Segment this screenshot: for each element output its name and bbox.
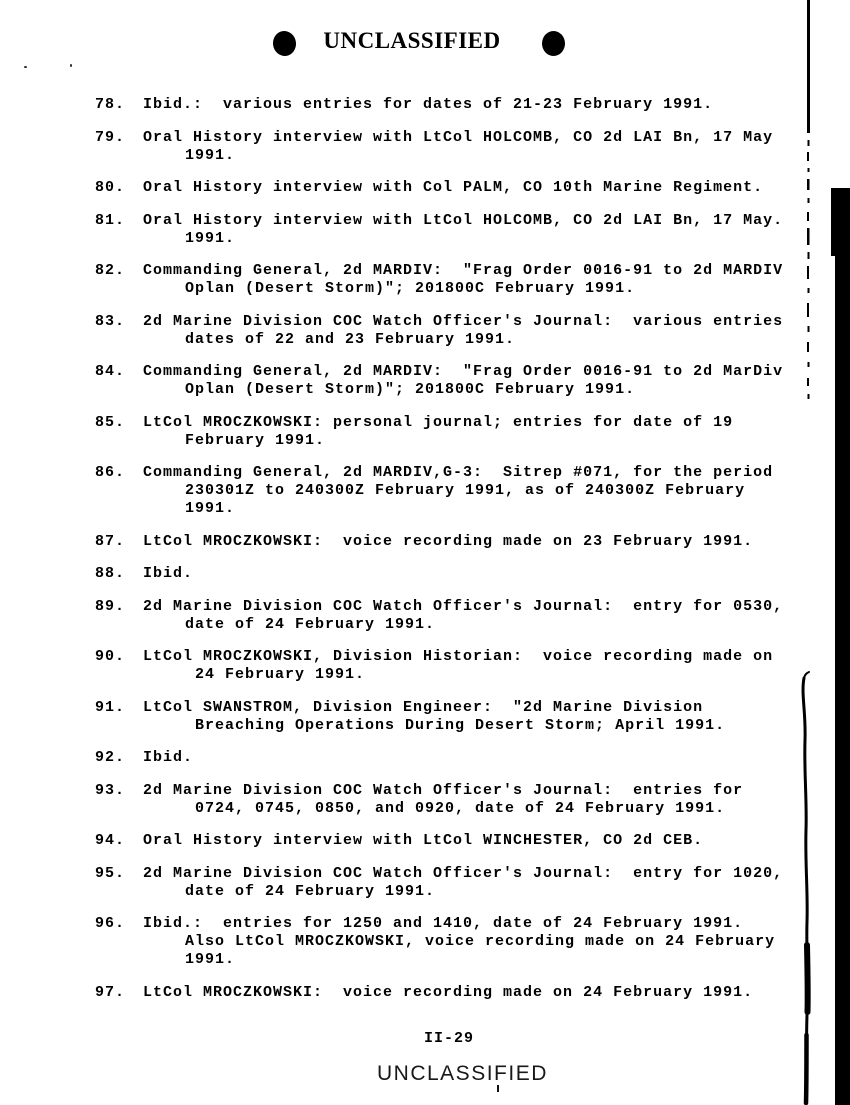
endnote-entry: 95. 2d Marine Division COC Watch Officer… <box>95 865 807 901</box>
endnote-number: 78. <box>95 96 143 114</box>
endnote-entry: 85. LtCol MROCZKOWSKI: personal journal;… <box>95 414 807 450</box>
endnote-number: 90. <box>95 648 143 684</box>
classification-footer: UNCLASSIFIED <box>377 1062 548 1086</box>
endnote-text: LtCol MROCZKOWSKI, Division Historian: v… <box>143 648 807 684</box>
endnote-entry: 82. Commanding General, 2d MARDIV: "Frag… <box>95 262 807 298</box>
endnote-line: 230301Z to 240300Z February 1991, as of … <box>143 482 807 500</box>
endnote-line: 24 February 1991. <box>143 666 807 684</box>
scan-crease-line-bottom <box>803 672 809 1105</box>
endnote-line: Breaching Operations During Desert Storm… <box>143 717 807 735</box>
endnote-entry: 94. Oral History interview with LtCol WI… <box>95 832 807 850</box>
scan-artifacts <box>790 0 850 1105</box>
endnote-text: Commanding General, 2d MARDIV: "Frag Ord… <box>143 262 807 298</box>
endnote-number: 82. <box>95 262 143 298</box>
endnote-entry: 91. LtCol SWANSTROM, Division Engineer: … <box>95 699 807 735</box>
endnote-text: Ibid. <box>143 749 807 767</box>
endnote-line: Ibid.: various entries for dates of 21-2… <box>143 96 807 114</box>
endnote-line: LtCol SWANSTROM, Division Engineer: "2d … <box>143 699 807 717</box>
endnote-line: Oral History interview with LtCol HOLCOM… <box>143 129 807 147</box>
endnote-entry: 80. Oral History interview with Col PALM… <box>95 179 807 197</box>
endnote-line: Ibid. <box>143 565 807 583</box>
endnote-line: Oplan (Desert Storm)"; 201800C February … <box>143 381 807 399</box>
endnote-line: 1991. <box>143 147 807 165</box>
endnote-text: Oral History interview with Col PALM, CO… <box>143 179 807 197</box>
endnote-line: Oplan (Desert Storm)"; 201800C February … <box>143 280 807 298</box>
endnote-line: Ibid.: entries for 1250 and 1410, date o… <box>143 915 807 933</box>
endnote-entry: 93. 2d Marine Division COC Watch Officer… <box>95 782 807 818</box>
endnote-entry: 90. LtCol MROCZKOWSKI, Division Historia… <box>95 648 807 684</box>
endnote-line: Oral History interview with LtCol HOLCOM… <box>143 212 807 230</box>
endnote-line: Also LtCol MROCZKOWSKI, voice recording … <box>143 933 807 951</box>
endnote-text: 2d Marine Division COC Watch Officer's J… <box>143 313 807 349</box>
endnote-text: LtCol MROCZKOWSKI: voice recording made … <box>143 533 807 551</box>
endnote-text: Oral History interview with LtCol WINCHE… <box>143 832 807 850</box>
endnote-text: Ibid. <box>143 565 807 583</box>
endnote-number: 94. <box>95 832 143 850</box>
endnote-line: Ibid. <box>143 749 807 767</box>
endnote-entry: 87. LtCol MROCZKOWSKI: voice recording m… <box>95 533 807 551</box>
endnote-line: Commanding General, 2d MARDIV: "Frag Ord… <box>143 262 807 280</box>
endnote-line: LtCol MROCZKOWSKI, Division Historian: v… <box>143 648 807 666</box>
black-oval-stamp-right-icon <box>542 31 565 56</box>
endnote-entry: 84. Commanding General, 2d MARDIV: "Frag… <box>95 363 807 399</box>
endnote-line: Commanding General, 2d MARDIV: "Frag Ord… <box>143 363 807 381</box>
endnote-number: 95. <box>95 865 143 901</box>
endnote-entry: 88. Ibid. <box>95 565 807 583</box>
scan-crease-line <box>807 0 810 133</box>
endnote-entry: 89. 2d Marine Division COC Watch Officer… <box>95 598 807 634</box>
document-page: UNCLASSIFIED 78. Ibid.: various entries … <box>0 0 850 1105</box>
endnote-line: date of 24 February 1991. <box>143 883 807 901</box>
endnote-line: Commanding General, 2d MARDIV,G-3: Sitre… <box>143 464 807 482</box>
endnote-line: 2d Marine Division COC Watch Officer's J… <box>143 313 807 331</box>
endnote-number: 81. <box>95 212 143 248</box>
endnote-entry: 96. Ibid.: entries for 1250 and 1410, da… <box>95 915 807 969</box>
endnote-number: 97. <box>95 984 143 1002</box>
endnote-entry: 92. Ibid. <box>95 749 807 767</box>
classification-header: UNCLASSIFIED <box>316 28 508 54</box>
endnote-number: 91. <box>95 699 143 735</box>
endnote-line: February 1991. <box>143 432 807 450</box>
endnote-line: 0724, 0745, 0850, and 0920, date of 24 F… <box>143 800 807 818</box>
endnote-line: 1991. <box>143 500 807 518</box>
scan-edge-bar-cap <box>831 188 850 256</box>
endnote-text: 2d Marine Division COC Watch Officer's J… <box>143 598 807 634</box>
endnote-entry: 79. Oral History interview with LtCol HO… <box>95 129 807 165</box>
endnote-line: LtCol MROCZKOWSKI: voice recording made … <box>143 533 807 551</box>
endnote-entry: 86. Commanding General, 2d MARDIV,G-3: S… <box>95 464 807 518</box>
scan-edge-bar <box>835 188 850 1105</box>
endnote-text: LtCol MROCZKOWSKI: voice recording made … <box>143 984 807 1002</box>
endnote-number: 92. <box>95 749 143 767</box>
endnote-number: 93. <box>95 782 143 818</box>
endnote-entry: 97. LtCol MROCZKOWSKI: voice recording m… <box>95 984 807 1002</box>
endnote-number: 84. <box>95 363 143 399</box>
black-oval-stamp-left-icon <box>271 30 297 58</box>
endnotes-list: 78. Ibid.: various entries for dates of … <box>95 96 807 1016</box>
endnote-number: 89. <box>95 598 143 634</box>
endnote-text: 2d Marine Division COC Watch Officer's J… <box>143 865 807 901</box>
endnote-text: LtCol SWANSTROM, Division Engineer: "2d … <box>143 699 807 735</box>
endnote-number: 85. <box>95 414 143 450</box>
endnote-line: LtCol MROCZKOWSKI: personal journal; ent… <box>143 414 807 432</box>
scan-speck <box>24 66 27 68</box>
endnote-line: LtCol MROCZKOWSKI: voice recording made … <box>143 984 807 1002</box>
endnote-line: 1991. <box>143 230 807 248</box>
scan-crease-dashes <box>807 140 810 399</box>
endnote-entry: 81. Oral History interview with LtCol HO… <box>95 212 807 248</box>
endnote-text: LtCol MROCZKOWSKI: personal journal; ent… <box>143 414 807 450</box>
endnote-text: Ibid.: entries for 1250 and 1410, date o… <box>143 915 807 969</box>
endnote-text: Commanding General, 2d MARDIV: "Frag Ord… <box>143 363 807 399</box>
endnote-line: 2d Marine Division COC Watch Officer's J… <box>143 598 807 616</box>
endnote-number: 79. <box>95 129 143 165</box>
endnote-line: dates of 22 and 23 February 1991. <box>143 331 807 349</box>
endnote-line: 2d Marine Division COC Watch Officer's J… <box>143 865 807 883</box>
endnote-entry: 78. Ibid.: various entries for dates of … <box>95 96 807 114</box>
endnote-line: Oral History interview with Col PALM, CO… <box>143 179 807 197</box>
endnote-number: 86. <box>95 464 143 518</box>
endnote-line: 2d Marine Division COC Watch Officer's J… <box>143 782 807 800</box>
endnote-line: 1991. <box>143 951 807 969</box>
scan-speck <box>70 64 72 67</box>
endnote-line: Oral History interview with LtCol WINCHE… <box>143 832 807 850</box>
endnote-text: Commanding General, 2d MARDIV,G-3: Sitre… <box>143 464 807 518</box>
endnote-number: 96. <box>95 915 143 969</box>
endnote-entry: 83. 2d Marine Division COC Watch Officer… <box>95 313 807 349</box>
endnote-number: 83. <box>95 313 143 349</box>
scan-speck <box>497 1085 499 1092</box>
endnote-number: 80. <box>95 179 143 197</box>
endnote-text: 2d Marine Division COC Watch Officer's J… <box>143 782 807 818</box>
endnote-text: Oral History interview with LtCol HOLCOM… <box>143 129 807 165</box>
endnote-number: 87. <box>95 533 143 551</box>
endnote-number: 88. <box>95 565 143 583</box>
endnote-text: Oral History interview with LtCol HOLCOM… <box>143 212 807 248</box>
endnote-text: Ibid.: various entries for dates of 21-2… <box>143 96 807 114</box>
endnote-line: date of 24 February 1991. <box>143 616 807 634</box>
page-number: II-29 <box>424 1030 474 1047</box>
